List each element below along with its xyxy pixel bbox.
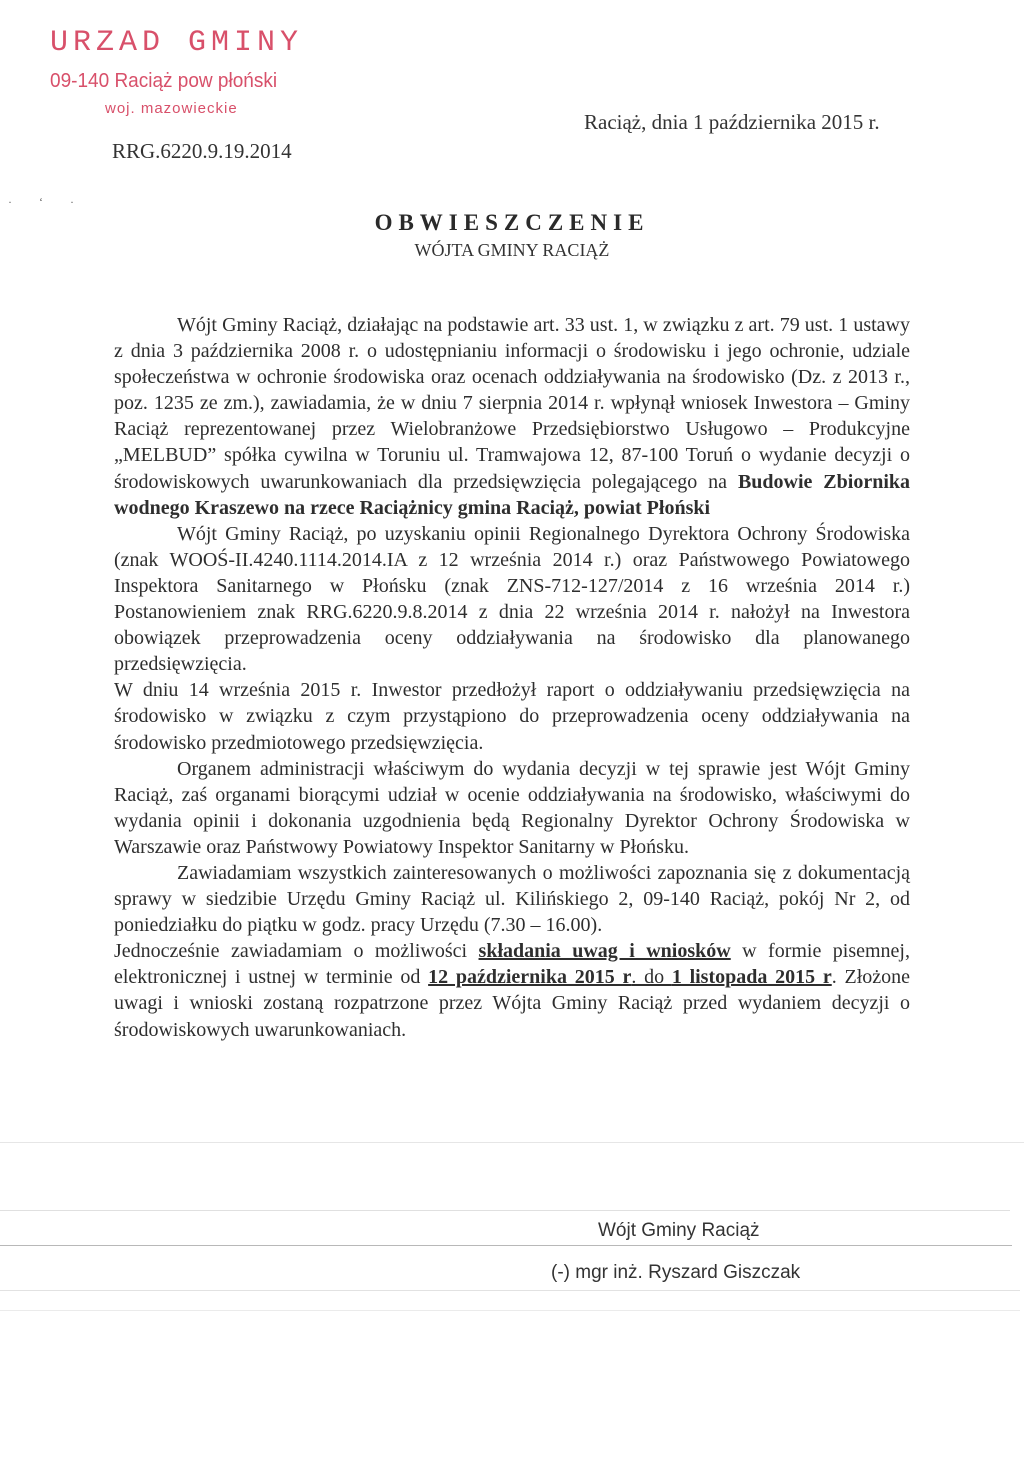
scan-line — [0, 1290, 1020, 1291]
office-stamp-region: woj. mazowieckie — [105, 100, 238, 117]
paragraph-3: W dniu 14 września 2015 r. Inwestor prze… — [114, 677, 910, 755]
reference-number: RRG.6220.9.19.2014 — [112, 139, 292, 164]
signatory-name: (-) mgr inż. Ryszard Giszczak — [551, 1262, 800, 1284]
paragraph-4: Organem administracji właściwym do wydan… — [114, 756, 910, 860]
scan-line — [0, 1210, 1010, 1211]
end-date-highlight: 1 listopada 2015 r — [672, 966, 832, 988]
paragraph-5: Zawiadamiam wszystkich zainteresowanych … — [114, 860, 910, 938]
paragraph-6-text-c: . do — [631, 966, 671, 988]
document-subtitle: WÓJTA GMINY RACIĄŻ — [0, 240, 1024, 261]
signatory-role: Wójt Gminy Raciąż — [598, 1220, 760, 1242]
start-date-highlight: 12 października 2015 r — [428, 966, 631, 988]
document-title: OBWIESZCZENIE — [0, 210, 1024, 236]
paragraph-1: Wójt Gminy Raciąż, działając na podstawi… — [114, 312, 910, 521]
office-stamp-address: 09-140 Raciąż pow płoński — [50, 70, 277, 93]
scan-line — [0, 1245, 1012, 1246]
scan-specks: · ‘ · — [8, 195, 86, 210]
office-stamp-title: URZAD GMINY — [50, 26, 303, 60]
comments-highlight: składania uwag i wniosków — [479, 940, 731, 962]
document-date: Raciąż, dnia 1 października 2015 r. — [584, 110, 880, 135]
scan-line — [0, 1142, 1024, 1143]
document-body: Wójt Gminy Raciąż, działając na podstawi… — [114, 312, 910, 1043]
paragraph-2: Wójt Gminy Raciąż, po uzyskaniu opinii R… — [114, 521, 910, 678]
paragraph-1-text: Wójt Gminy Raciąż, działając na podstawi… — [114, 314, 910, 493]
paragraph-6-text-a: Jednocześnie zawiadamiam o możliwości — [114, 940, 479, 962]
scan-line — [0, 1310, 1020, 1311]
paragraph-6: Jednocześnie zawiadamiam o możliwości sk… — [114, 938, 910, 1042]
